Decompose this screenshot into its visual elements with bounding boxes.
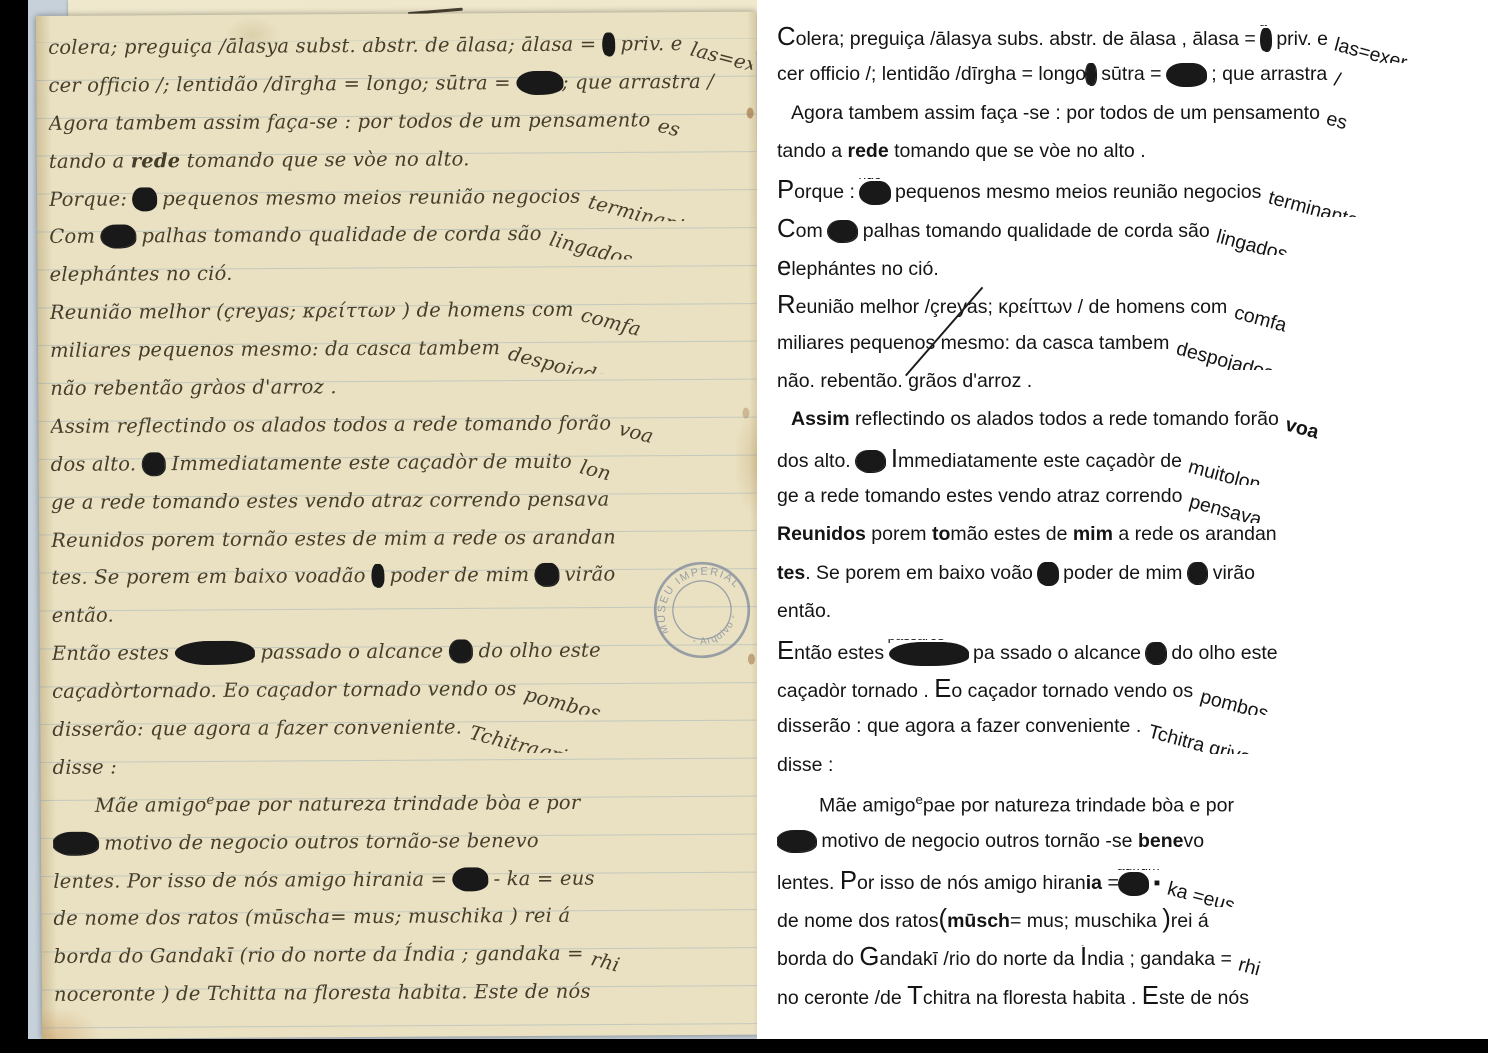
text-segment: miliares pequenos mesmo: da casca tambem xyxy=(777,332,1175,354)
text-segment: ( xyxy=(939,907,948,933)
text-segment: Porque: xyxy=(49,187,133,211)
text-segment: caçadòrtornado. Eo caçador tornado vendo… xyxy=(52,677,523,703)
transcription-line: então. xyxy=(777,600,1483,638)
text-segment: e xyxy=(777,255,791,281)
transcription-line: disse : xyxy=(777,754,1483,792)
text-segment: miliares pequenos mesmo: da casca tambem xyxy=(50,336,507,362)
ink-blot: xxao xyxy=(1038,562,1058,585)
ink-blot: xa xyxy=(1261,28,1271,51)
manuscript-text: colera; preguiça /ālasya subst. abstr. d… xyxy=(48,32,758,1021)
text-segment: pombos xyxy=(522,683,603,718)
transcription-line: Colera; preguiça /ālasya subs. abstr. de… xyxy=(777,25,1483,63)
manuscript-line: Reunião melhor (çreyas; κρείττων ) de ho… xyxy=(50,297,754,339)
ink-blot: xxx xyxy=(856,450,885,472)
text-segment: tes xyxy=(777,562,805,584)
transcription-line: tando a rede tomando que se vòe no alto … xyxy=(777,140,1483,178)
text-segment: virão xyxy=(1207,562,1255,584)
text-segment: a rede os arandan xyxy=(1113,523,1277,545)
ink-blot: xxx xyxy=(828,220,857,242)
ink-blot: xx xyxy=(450,640,473,663)
text-segment: to xyxy=(932,523,950,545)
document-viewer: colera; preguiça /ālasya subst. abstr. d… xyxy=(0,0,1488,1053)
text-segment: = mus; muschika xyxy=(1010,910,1162,932)
manuscript-line: cer officio /; lentidão /dīrgha = longo;… xyxy=(48,70,752,112)
manuscript-line: elephántes no ció. xyxy=(50,259,754,301)
interlinear-note: aur.um xyxy=(1117,869,1160,873)
text-segment: pequenos mesmo meios reunião negocios xyxy=(156,184,587,210)
manuscript-line: disserão: que agora a fazer conveniente.… xyxy=(52,714,756,756)
text-segment: lentes. Por isso de nós amigo hirania = xyxy=(53,867,453,892)
text-segment: e xyxy=(915,792,922,807)
text-segment: Tchitra griva xyxy=(1145,721,1252,754)
text-segment: virão xyxy=(558,563,615,586)
manuscript-line: noceronte ) de Tchitta na floresta habit… xyxy=(54,979,758,1021)
text-segment: ge a rede tomando estes vendo atraz corr… xyxy=(777,485,1188,507)
text-segment: . Se porem em baixo voão xyxy=(805,562,1038,584)
text-segment: tando a xyxy=(777,140,847,162)
text-segment: T xyxy=(907,984,923,1010)
manuscript-line: não rebentão gràos d'arroz . xyxy=(50,373,754,415)
text-segment: motivo de negocio outros tornão-se benev… xyxy=(98,829,539,855)
manuscript-line: borda do Gandakī (rio do norte da Índia … xyxy=(54,941,758,983)
text-segment: colera; preguiça /ālasya subst. abstr. d… xyxy=(48,33,603,59)
transcription-line: disserão : que agora a fazer conveniente… xyxy=(777,715,1483,753)
transcription-line: Mãe amigoepae por natureza trindade bòa … xyxy=(777,792,1483,830)
text-segment: palhas tomando qualidade de corda são xyxy=(135,222,548,248)
text-segment: despojados xyxy=(1173,337,1275,370)
text-segment: lingados xyxy=(1214,225,1290,255)
text-segment: e xyxy=(206,793,214,808)
transcription-line: Com xxx palhas tomando qualidade de cord… xyxy=(777,217,1483,255)
manuscript-line: Porque: xxdo pequenos mesmo meios reuniã… xyxy=(49,183,753,225)
text-segment: tomando que se vòe no alto . xyxy=(889,140,1146,162)
text-segment: pae por natureza trindade bòa e por xyxy=(215,791,581,816)
transcription-line: xxxx motivo de negocio outros tornão -se… xyxy=(777,830,1483,868)
interlinear-note: fio xyxy=(1165,63,1180,64)
interlinear-note: ndo xyxy=(858,178,881,182)
transcription-line: cer officio /; lentidão /dīrgha = longox… xyxy=(777,63,1483,101)
text-segment: Immediatamente este caçadòr de muito xyxy=(165,449,578,475)
transcription-panel: Colera; preguiça /ālasya subs. abstr. de… xyxy=(757,0,1488,1039)
left-black-border xyxy=(0,0,28,1053)
text-segment: rei á xyxy=(1171,910,1209,932)
text-segment: las=exer xyxy=(688,38,753,74)
text-segment: dos alto. xyxy=(777,450,856,472)
text-segment: caçadòr tornado . xyxy=(777,680,934,702)
text-segment: lon xyxy=(577,455,613,485)
text-segment: no ceronte /de xyxy=(777,987,907,1009)
text-segment: pa ssado o alcance xyxy=(968,642,1147,664)
text-segment: voa xyxy=(616,417,656,448)
transcription-line: no ceronte /de Tchitra na floresta habit… xyxy=(777,984,1483,1022)
transcription-line: Assim reflectindo os alados todos a rede… xyxy=(777,408,1483,446)
interlinear-note: ao xyxy=(1036,562,1052,563)
manuscript-line: ge a rede tomando estes vendo atraz corr… xyxy=(51,486,755,528)
transcription-line: ge a rede tomando estes vendo atraz corr… xyxy=(777,485,1483,523)
text-segment: tando a xyxy=(49,149,131,172)
text-segment: C xyxy=(777,217,796,243)
ink-blot: xxxxfio xyxy=(517,71,562,94)
text-segment: terminante. xyxy=(586,190,706,226)
ink-blot: x xyxy=(1086,63,1096,85)
text-segment: Assim reflectindo os alados todos a rede… xyxy=(50,411,617,437)
text-segment: o caçador tornado vendo os xyxy=(951,680,1198,702)
text-segment: terminante. xyxy=(1266,187,1366,217)
ink-blot: xxxxfio xyxy=(1167,63,1206,86)
ink-blot: xxxx xyxy=(53,831,98,854)
text-segment: Agora tambem assim faça-se : por todos d… xyxy=(49,108,657,135)
text-segment: las=exer xyxy=(1332,34,1410,64)
text-segment: dos alto. xyxy=(51,452,143,476)
manuscript-page: colera; preguiça /ālasya subst. abstr. d… xyxy=(36,12,762,1039)
transcription-line: tes. Se porem em baixo voão xxao poder d… xyxy=(777,562,1483,600)
text-segment: sūtra = xyxy=(1096,63,1167,85)
text-segment: Reunidos xyxy=(777,523,866,545)
text-segment: P xyxy=(777,178,794,204)
ink-blot: xx xyxy=(1146,642,1166,664)
manuscript-line: de nome dos ratos (mūscha= mus; muschika… xyxy=(53,903,757,945)
text-segment: ste de nós xyxy=(1159,987,1249,1009)
ink-blot: xx xyxy=(1188,562,1208,584)
manuscript-line: Agora tambem assim faça-se : por todos d… xyxy=(49,107,753,149)
text-segment: Com xyxy=(49,225,101,248)
ink-blot: xxx xyxy=(101,225,135,248)
interlinear-note: passaros xyxy=(888,639,945,643)
text-segment: pae por natureza trindade bòa e por xyxy=(923,794,1234,816)
manuscript-line: Mãe amigoepae por natureza trindade bòa … xyxy=(53,789,757,831)
text-segment: voa xyxy=(1283,414,1321,445)
text-segment: ndia ; gandaka = xyxy=(1087,948,1237,970)
manuscript-line: disse : xyxy=(53,752,757,794)
ink-blot: xxxxxxxpassaros xyxy=(176,641,255,664)
text-segment: ntão estes xyxy=(794,642,889,664)
text-segment: mūsch xyxy=(947,910,1010,932)
text-segment: es xyxy=(1324,107,1350,135)
ink-blot: xao xyxy=(372,564,383,587)
text-segment: ) xyxy=(1162,907,1171,933)
text-segment: eunião melhor /çreyas; κρείττων / de hom… xyxy=(796,296,1233,318)
text-segment: motivo de negocio outros tornão -se xyxy=(816,830,1138,852)
text-segment: lingados xyxy=(547,228,635,263)
transcription-line: Porque : xxxndo pequenos mesmo meios reu… xyxy=(777,178,1483,216)
text-segment: muitolon xyxy=(1186,455,1263,485)
transcription-line: dos alto. xxx Immediatamente este caçadò… xyxy=(777,447,1483,485)
transcription-line: de nome dos ratos(mūsch= mus; muschika )… xyxy=(777,907,1483,945)
text-segment: mão estes de xyxy=(950,523,1072,545)
transcription-line: não. rebentão. grãos d'arroz . xyxy=(777,370,1483,408)
text-segment: não rebentão gràos d'arroz . xyxy=(50,375,337,400)
ink-blot: xx xyxy=(143,452,166,475)
text-segment: disserão: que agora a fazer conveniente. xyxy=(52,715,468,741)
ink-blot: xxxaurum xyxy=(454,867,488,890)
text-segment: comfa xyxy=(579,304,644,340)
text-segment: priv. e xyxy=(614,32,689,55)
ink-blot: xxxx xyxy=(777,830,816,852)
text-segment: vo xyxy=(1183,830,1204,852)
text-segment: rede xyxy=(847,140,888,162)
text-segment: ia xyxy=(1086,872,1102,894)
text-segment: Então estes xyxy=(52,641,176,665)
text-segment: Mãe amigo xyxy=(95,793,207,817)
text-segment: andakī /rio do norte da xyxy=(879,948,1080,970)
text-segment: rhi xyxy=(589,948,623,978)
text-segment: de nome dos ratos xyxy=(777,910,939,932)
text-segment: pensava xyxy=(1187,491,1264,524)
text-segment: comfa xyxy=(1231,302,1288,332)
text-segment: despojados xyxy=(505,342,619,377)
manuscript-line: Reunidos porem tornão estes de mim a red… xyxy=(51,524,755,566)
text-segment: C xyxy=(777,25,796,51)
bottom-black-border xyxy=(0,1039,1488,1053)
ink-blot: xxdo xyxy=(133,187,156,210)
text-segment: olera; preguiça /ālasya subs. abstr. de … xyxy=(796,28,1262,50)
text-segment: es xyxy=(656,114,683,142)
manuscript-line: miliares pequenos mesmo: da casca tambem… xyxy=(50,335,754,377)
text-segment: Mãe amigo xyxy=(819,794,915,816)
text-segment: lentes. xyxy=(777,872,840,894)
text-segment: palhas tomando qualidade de corda são xyxy=(857,220,1215,242)
text-segment: cer officio /; lentidão /dīrgha = longo xyxy=(777,63,1086,85)
text-segment: borda do Gandakī (rio do norte da Índia … xyxy=(54,942,590,968)
text-segment: ge a rede tomando estes vendo atraz corr… xyxy=(51,487,610,513)
text-segment: lephántes no ció. xyxy=(791,258,938,280)
text-segment: disse : xyxy=(53,755,118,778)
text-segment: tes. Se porem em baixo voadão xyxy=(51,564,372,589)
text-segment: elephántes no ció. xyxy=(50,262,233,286)
ink-blot: xxxxxxxxpassaros xyxy=(890,642,968,665)
transcription-line: miliares pequenos mesmo: da casca tambem… xyxy=(777,332,1483,370)
text-segment: Assim xyxy=(791,408,850,430)
transcription-line: Então estes xxxxxxxxpassaros pa ssado o … xyxy=(777,639,1483,677)
text-segment: or isso de nós amigo hiran xyxy=(857,872,1086,894)
text-segment: Reunião melhor (çreyas; κρείττων ) de ho… xyxy=(50,298,580,324)
text-segment: do olho este xyxy=(472,639,601,663)
text-segment: disserão : que agora a fazer conveniente… xyxy=(777,715,1147,737)
text-segment: mmediatamente este caçadòr de xyxy=(898,450,1187,472)
text-segment: / xyxy=(1331,69,1342,93)
text-segment: G xyxy=(859,945,879,971)
text-segment: poder de mim xyxy=(383,563,536,587)
text-segment: então. xyxy=(777,600,831,622)
text-segment: reflectindo os alados todos a rede toman… xyxy=(850,408,1285,430)
text-segment: P xyxy=(840,869,857,895)
text-segment: cer officio /; lentidão /dīrgha = longo;… xyxy=(48,71,517,97)
manuscript-line: caçadòrtornado. Eo caçador tornado vendo… xyxy=(52,676,756,718)
text-segment: om xyxy=(796,220,829,242)
text-segment: pombos xyxy=(1197,685,1270,715)
text-segment: chitra na floresta habita . xyxy=(923,987,1142,1009)
text-segment: Tchitragriva xyxy=(467,721,592,756)
text-segment: priv. e xyxy=(1271,28,1334,50)
text-segment: E xyxy=(1142,984,1159,1010)
transcription-line: lentes. Por isso de nós amigo hirania =x… xyxy=(777,869,1483,907)
manuscript-line: Então estes xxxxxxxpassaros passado o al… xyxy=(52,638,756,680)
transcription-line: borda do Gandakī /rio do norte da Índia … xyxy=(777,945,1483,983)
transcription-text: Colera; preguiça /ālasya subs. abstr. de… xyxy=(777,25,1483,1022)
text-segment: então. xyxy=(52,604,114,627)
transcription-line: elephántes no ció. xyxy=(777,255,1483,293)
manuscript-line: lentes. Por isso de nós amigo hirania = … xyxy=(53,865,757,907)
transcription-line: Reunião melhor /çreyas; κρείττων / de ho… xyxy=(777,293,1483,331)
manuscript-line: xxxx motivo de negocio outros tornão-se … xyxy=(53,827,757,869)
ink-blot: xxxndo xyxy=(860,181,889,204)
text-segment: de nome dos ratos (mūscha= mus; muschika… xyxy=(53,904,570,930)
text-segment: rede xyxy=(131,149,181,172)
transcription-line: Agora tambem assim faça -se : por todos … xyxy=(777,102,1483,140)
manuscript-line: Com xxx palhas tomando qualidade de cord… xyxy=(49,221,753,263)
interlinear-note: a xyxy=(601,32,610,34)
text-segment: Reunidos porem tornão estes de mim a red… xyxy=(51,525,616,551)
text-segment: poder de mim xyxy=(1058,562,1188,584)
transcription-line: caçadòr tornado . Eo caçador tornado ven… xyxy=(777,677,1483,715)
text-segment: E xyxy=(934,677,951,703)
text-segment: Agora tambem assim faça -se : por todos … xyxy=(791,102,1325,124)
text-segment: R xyxy=(777,293,796,319)
ink-blot: xa xyxy=(603,32,614,55)
manuscript-line: tando a rede tomando que se vòe no alto. xyxy=(49,145,753,187)
text-segment: tomando que se vòe no alto. xyxy=(180,147,469,172)
manuscript-line: Assim reflectindo os alados todos a rede… xyxy=(50,411,754,453)
text-segment: ka =eus xyxy=(1165,877,1237,907)
text-segment: disse : xyxy=(777,754,833,776)
text-segment: ▪ xyxy=(1148,872,1166,894)
ink-blot: xxxaur.um xyxy=(1119,872,1148,895)
text-segment: bene xyxy=(1138,830,1184,852)
text-segment: ; que arrastra xyxy=(1206,63,1333,85)
text-segment: = xyxy=(1102,872,1119,894)
text-segment: do olho este xyxy=(1166,642,1278,664)
text-segment: borda do xyxy=(777,948,859,970)
text-segment: orque : xyxy=(794,181,860,203)
manuscript-line: colera; preguiça /ālasya subst. abstr. d… xyxy=(48,32,752,74)
text-segment: I xyxy=(891,447,898,473)
ink-blot: xx xyxy=(536,563,559,586)
text-segment: E xyxy=(777,639,794,665)
text-segment: passado o alcance xyxy=(254,640,450,664)
interlinear-note: a xyxy=(1259,25,1267,29)
transcription-line: Reunidos porem tomão estes de mim a rede… xyxy=(777,523,1483,561)
text-segment: pequenos mesmo meios reunião negocios xyxy=(890,181,1267,203)
text-segment: mim xyxy=(1073,523,1113,545)
text-segment: - ka = eus xyxy=(487,866,595,890)
text-segment: ; que arrastra / xyxy=(562,70,714,94)
text-segment: porem xyxy=(866,523,932,545)
text-segment: rhi xyxy=(1236,954,1263,982)
text-segment: noceronte ) de Tchitta na floresta habit… xyxy=(54,980,591,1006)
manuscript-line: dos alto. xx Immediatamente este caçadòr… xyxy=(51,448,755,490)
